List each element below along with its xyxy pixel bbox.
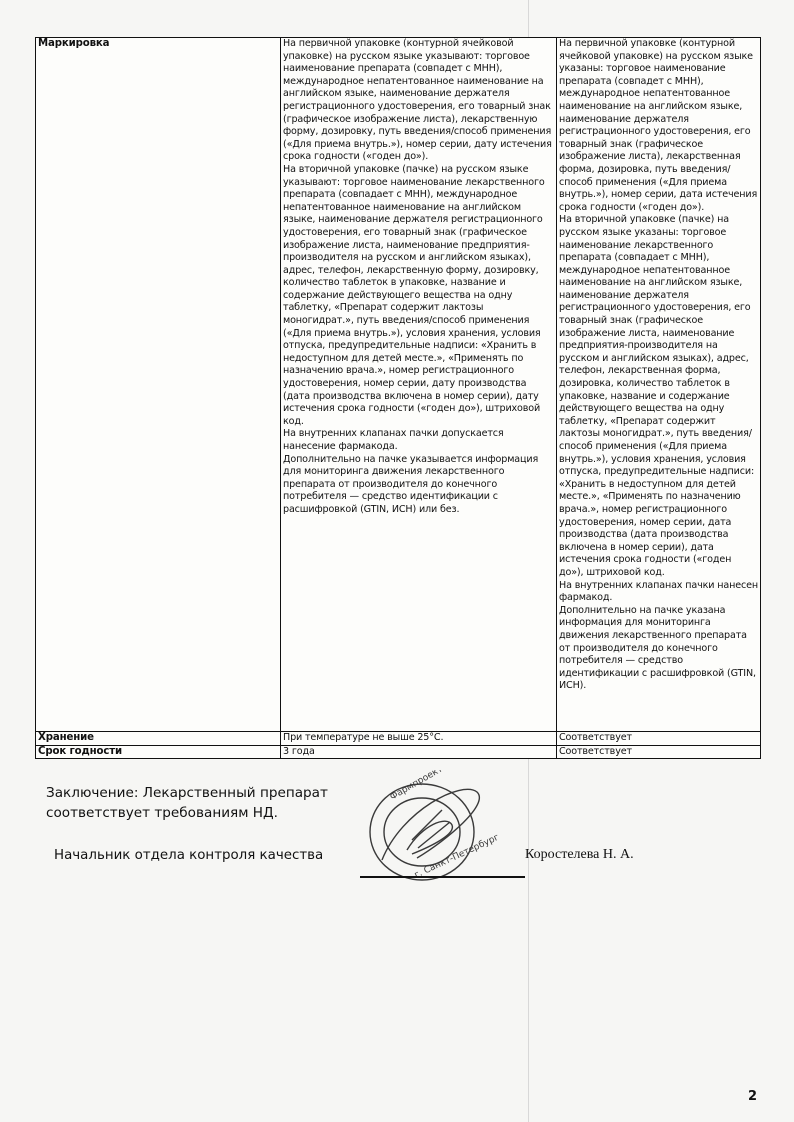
requirement-paragraph: Дополнительно на пачке указывается инфор… <box>283 454 554 517</box>
result-cell: Соответствует <box>557 745 761 759</box>
result-cell: Соответствует <box>557 732 761 746</box>
svg-text:г. Санкт-Петербург: г. Санкт-Петербург <box>413 833 501 881</box>
requirement-paragraph: На первичной упаковке (контурной ячейков… <box>283 38 554 164</box>
row-label: Маркировка <box>36 38 281 732</box>
requirement-paragraph: На вторичной упаковке (пачке) на русском… <box>283 164 554 428</box>
signer-name: Коростелева Н. А. <box>525 847 634 863</box>
row-label: Срок годности <box>36 745 281 759</box>
requirement-paragraph: На внутренних клапанах пачки допускается… <box>283 428 554 453</box>
specification-table: Маркировка На первичной упаковке (контур… <box>35 37 761 759</box>
table-row-marking: Маркировка На первичной упаковке (контур… <box>36 38 761 732</box>
signature-line <box>360 876 525 878</box>
page-number: 2 <box>748 1089 757 1104</box>
result-paragraph: На внутренних клапанах пачки нанесен фар… <box>559 580 758 605</box>
requirement-cell: 3 года <box>281 745 557 759</box>
result-paragraph: Дополнительно на пачке указана информаци… <box>559 605 758 693</box>
table-row-shelf-life: Срок годности 3 года Соответствует <box>36 745 761 759</box>
row-label: Хранение <box>36 732 281 746</box>
signer-title: Начальник отдела контроля качества <box>54 848 323 863</box>
table-row-storage: Хранение При температуре не выше 25°С. С… <box>36 732 761 746</box>
requirement-cell: При температуре не выше 25°С. <box>281 732 557 746</box>
result-paragraph: На вторичной упаковке (пачке) на русском… <box>559 214 758 579</box>
result-paragraph: На первичной упаковке (контурной ячейков… <box>559 38 758 214</box>
stamp-icon: Фармпроект г. Санкт-Петербург <box>352 770 502 885</box>
requirement-cell: На первичной упаковке (контурной ячейков… <box>281 38 557 732</box>
result-cell: На первичной упаковке (контурной ячейков… <box>557 38 761 732</box>
